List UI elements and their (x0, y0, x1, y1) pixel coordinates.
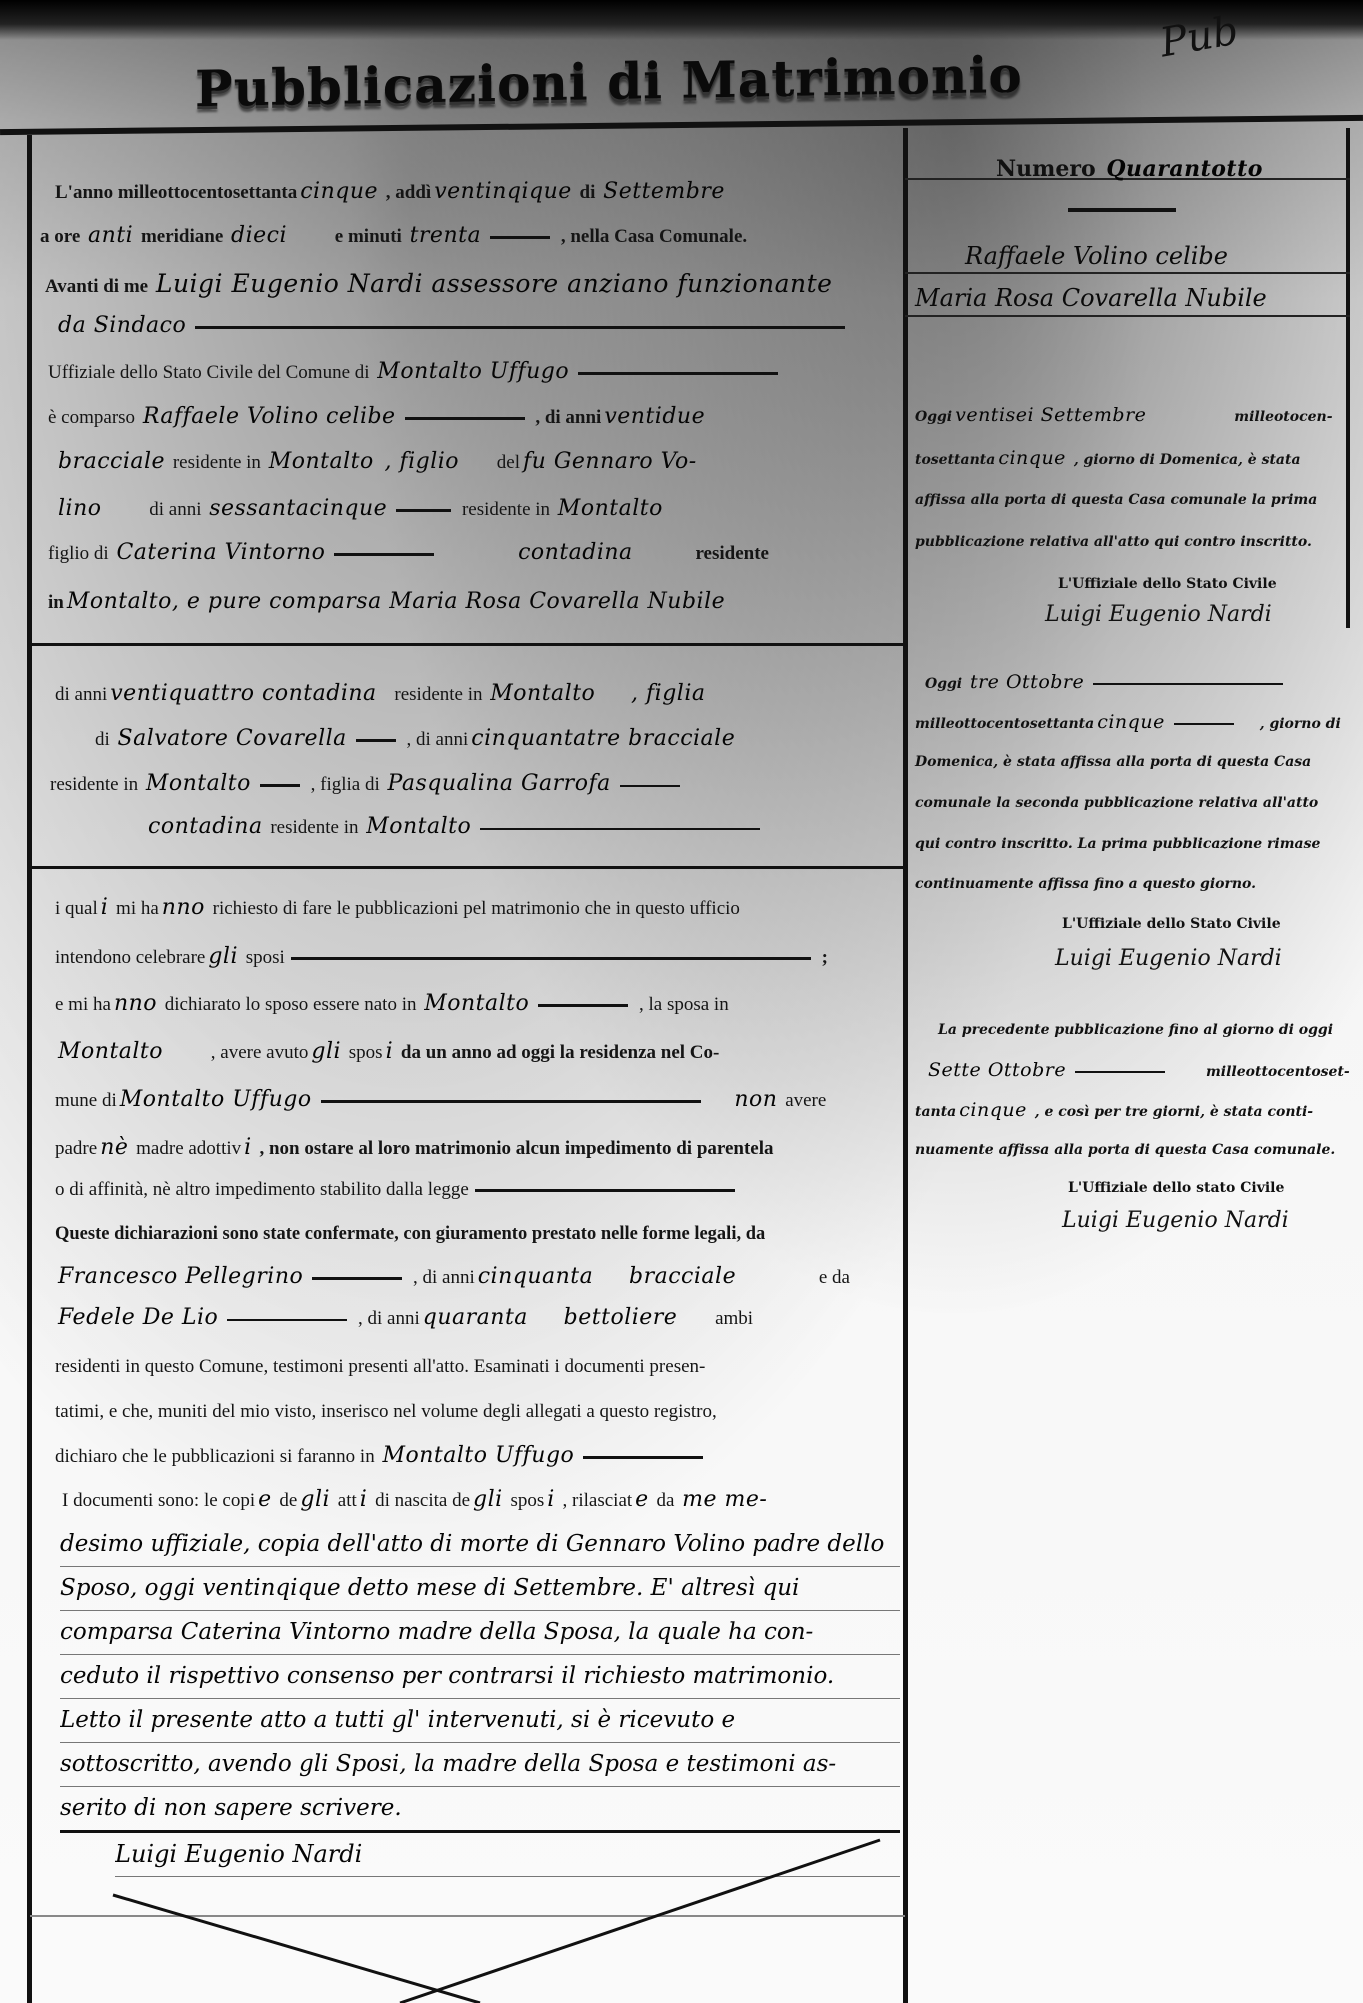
handwritten-text-line: Letto il presente atto a tutti gl' inter… (60, 1698, 900, 1743)
handwritten-text-line: ceduto il rispettivo consenso per contra… (60, 1654, 900, 1699)
handwritten-text-line: Sposo, oggi ventinqique detto mese di Se… (60, 1566, 900, 1611)
bride-name: Maria Rosa Covarella Nubile (915, 284, 1267, 312)
form-line: i quali mi hanno richiesto di fare le pu… (55, 896, 740, 921)
handwritten-text-line: sottoscritto, avendo gli Sposi, la madre… (60, 1742, 900, 1787)
officer-title: L'Uffiziale dello stato Civile (1068, 1180, 1284, 1196)
pub1-line: Oggiventisei Settembre milleotocen- (915, 405, 1333, 427)
form-line: o di affinità, nè altro impedimento stab… (55, 1178, 741, 1202)
form-line: Montalto , avere avutogli sposi da un an… (55, 1040, 719, 1065)
form-line: I documenti sono: le copie degli atti di… (62, 1488, 770, 1513)
officer-signature: Luigi Eugenio Nardi (115, 1832, 900, 1877)
pub2-line: Oggi tre Ottobre (925, 672, 1289, 694)
form-line: di anniventiquattro contadina residente … (55, 682, 708, 707)
form-line: contadina residente in Montalto (105, 815, 766, 840)
ruled-line (905, 272, 1350, 274)
form-line: residente in Montalto , figlia di Pasqua… (50, 772, 686, 797)
handwritten-text-line: desimo uffiziale, copia dell'atto di mor… (60, 1522, 900, 1567)
form-line: figlio di Caterina Vintorno contadina re… (48, 541, 769, 566)
handwritten-groom-name: Raffaele Volino celibe (140, 404, 399, 429)
pub2-line: comunale la seconda pubblicazione relati… (915, 793, 1318, 813)
form-line: di Salvatore Covarella , di annicinquant… (95, 727, 738, 752)
record-number-value: Quarantotto (1103, 156, 1266, 182)
pub1-line: pubblicazione relativa all'atto qui cont… (915, 532, 1312, 552)
form-line: Francesco Pellegrino , di annicinquanta … (55, 1265, 850, 1290)
right-frame-line (1346, 128, 1350, 628)
form-line: padrenè madre adottivi , non ostare al l… (55, 1136, 774, 1161)
handwritten-year: cinque (297, 179, 381, 204)
pub3-line: La precedente pubblicazione fino al gior… (938, 1020, 1333, 1040)
pub2-line: milleottocentosettantacinque , giorno di (915, 712, 1341, 734)
document-title: Pubblicazioni di Matrimonio (195, 45, 1023, 118)
handwritten-witness-2: Fedele De Lio (55, 1305, 221, 1330)
number-underline (1068, 208, 1176, 212)
handwritten-day: ventinqique (431, 179, 575, 204)
form-line: da Sindaco (55, 314, 851, 339)
form-line: a ore anti meridiane dieci e minuti tren… (40, 224, 747, 249)
section-divider-2 (30, 866, 905, 869)
form-line: Fedele De Lio , di anniquaranta bettolie… (55, 1306, 753, 1331)
groom-name: Raffaele Volino celibe (965, 242, 1228, 270)
form-line: mune diMontalto Uffugo non avere (55, 1088, 826, 1113)
officer-title: L'Uffiziale dello Stato Civile (1058, 576, 1277, 592)
officer-signature: Luigi Eugenio Nardi (1045, 602, 1272, 627)
pub1-line: tosettantacinque , giorno di Domenica, è… (915, 448, 1301, 470)
section-divider-1 (30, 643, 905, 646)
form-line: lino di anni sessantacinque residente in… (55, 497, 666, 522)
form-line: Uffiziale dello Stato Civile del Comune … (48, 360, 784, 385)
form-line: Queste dichiarazioni sono state conferma… (55, 1222, 765, 1246)
handwritten-month: Settembre (600, 179, 728, 204)
form-line: è comparso Raffaele Volino celibe , di a… (48, 405, 708, 430)
form-line: Avanti di me Luigi Eugenio Nardi assesso… (45, 272, 835, 299)
pub3-line: Sette Ottobre milleottocentoset- (925, 1060, 1350, 1082)
ruled-line (905, 315, 1350, 317)
pub1-line: affissa alla porta di questa Casa comuna… (915, 490, 1317, 510)
pub3-line: tantacinque , e così per tre giorni, è s… (915, 1100, 1313, 1122)
column-separator-line (903, 128, 908, 2003)
document-page: Pubblicazioni di Matrimonio Pub L'anno m… (0, 0, 1363, 2003)
form-line: residenti in questo Comune, testimoni pr… (55, 1355, 705, 1379)
handwritten-text-line: comparsa Caterina Vintorno madre della S… (60, 1610, 900, 1655)
form-line: bracciale residente in Montalto , figlio… (55, 450, 700, 475)
handwritten-text-line: serito di non sapere scrivere. (60, 1786, 900, 1833)
officer-signature: Luigi Eugenio Nardi (1055, 946, 1282, 971)
handwritten-officer-name: Luigi Eugenio Nardi assessore anziano fu… (153, 269, 836, 298)
pub3-line: nuamente affissa alla porta di questa Ca… (915, 1140, 1335, 1160)
handwritten-bride-name: Montalto, e pure comparsa Maria Rosa Cov… (64, 589, 728, 614)
pub2-line: continuamente affissa fino a questo gior… (915, 874, 1256, 894)
handwritten-witness-1: Francesco Pellegrino (55, 1264, 306, 1289)
ruled-line (30, 1915, 905, 1917)
record-number: Numero Quarantotto (996, 156, 1266, 182)
pub2-line: Domenica, è stata affissa alla porta di … (915, 752, 1311, 772)
form-line: e mi hanno dichiarato lo sposo essere na… (55, 992, 729, 1017)
form-line: tatimi, e che, muniti del mio visto, ins… (55, 1400, 717, 1424)
officer-title: L'Uffiziale dello Stato Civile (1062, 916, 1281, 932)
handwritten-comune: Montalto Uffugo (374, 359, 572, 384)
form-line: L'anno milleottocentosettantacinque , ad… (55, 180, 728, 205)
form-line: dichiaro che le pubblicazioni si faranno… (55, 1444, 709, 1469)
left-frame-line (27, 135, 32, 2003)
officer-signature: Luigi Eugenio Nardi (1062, 1208, 1289, 1233)
form-line: inMontalto, e pure comparsa Maria Rosa C… (48, 590, 728, 615)
pub2-line: qui contro inscritto. La prima pubblicaz… (915, 834, 1320, 854)
form-line: intendono celebraregli sposi ; (55, 945, 828, 970)
